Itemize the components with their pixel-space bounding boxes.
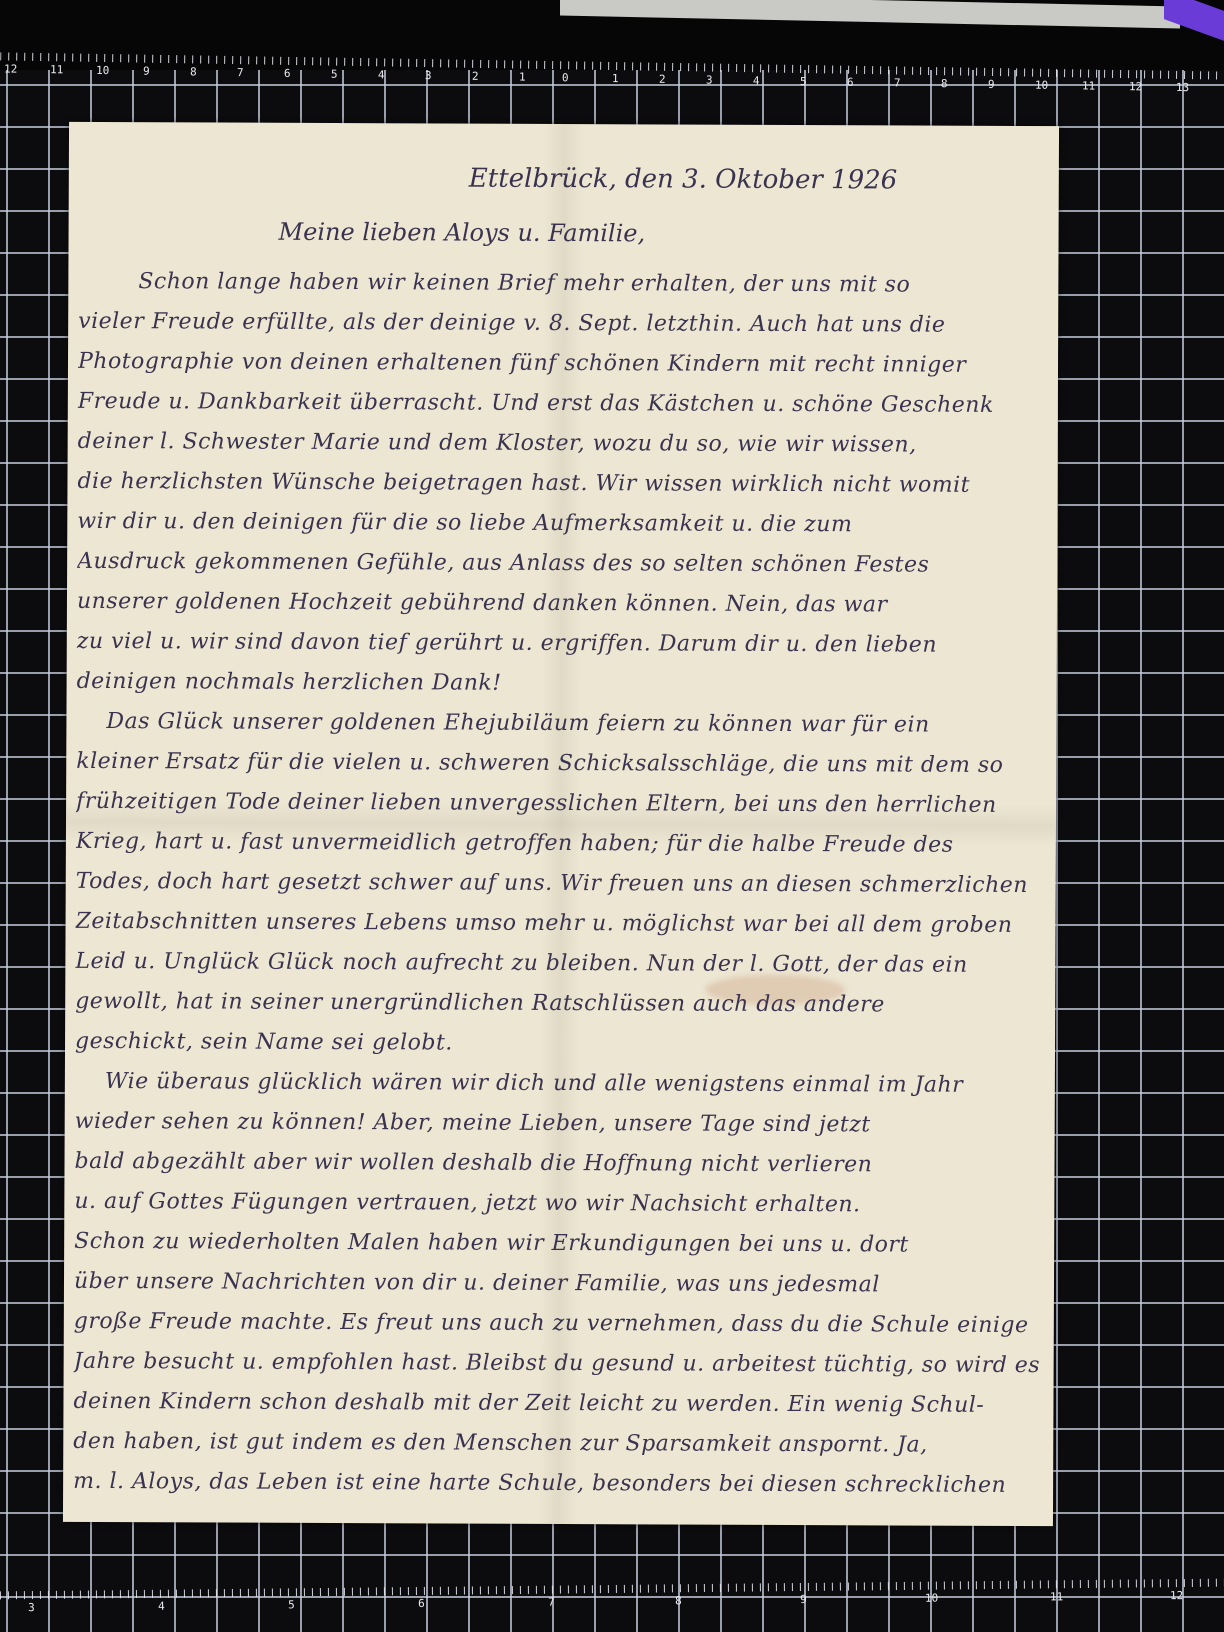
- letter-line: deiner l. Schwester Marie und dem Kloste…: [78, 422, 1048, 466]
- letter-line: Wie überaus glücklich wären wir dich und…: [75, 1062, 1045, 1106]
- ruler-label: 11: [1050, 1590, 1063, 1603]
- ruler-label: 4: [378, 68, 385, 81]
- ruler-label: 5: [288, 1598, 295, 1611]
- letter-line: Freude u. Dankbarkeit überrascht. Und er…: [78, 382, 1048, 426]
- ruler-label: 0: [562, 71, 569, 84]
- letter-line: Krieg, hart u. fast unvermeidlich getrof…: [76, 822, 1046, 866]
- ruler-label: 11: [50, 63, 63, 76]
- ruler-label: 10: [96, 64, 109, 77]
- ruler-label: 7: [548, 1596, 555, 1609]
- letter-body: Schon lange haben wir keinen Brief mehr …: [73, 262, 1048, 1506]
- ruler-label: 10: [1035, 79, 1048, 92]
- letter-line: Jahre besucht u. empfohlen hast. Bleibst…: [74, 1342, 1044, 1386]
- letter-paper: Ettelbrück, den 3. Oktober 1926 Meine li…: [63, 122, 1059, 1526]
- letter-line: Zeitabschnitten unseres Lebens umso mehr…: [75, 902, 1045, 946]
- letter-line: gewollt, hat in seiner unergründlichen R…: [75, 982, 1045, 1026]
- ruler-label: 4: [158, 1600, 165, 1613]
- ruler-label: 12: [4, 62, 17, 75]
- ruler-label: 12: [1170, 1589, 1183, 1602]
- letter-line: Ausdruck gekommenen Gefühle, aus Anlass …: [77, 542, 1047, 586]
- letter-line: geschickt, sein Name sei gelobt.: [75, 1022, 1045, 1066]
- letter-line: vieler Freude erfüllte, als der deinige …: [78, 302, 1048, 346]
- ruler-label: 3: [706, 73, 713, 86]
- letter-line: Schon lange haben wir keinen Brief mehr …: [78, 262, 1048, 306]
- letter-line: deinen Kindern schon deshalb mit der Zei…: [73, 1382, 1043, 1426]
- ruler-label: 8: [941, 77, 948, 90]
- letter-line: kleiner Ersatz für die vielen u. schwere…: [76, 742, 1046, 786]
- ruler-label: 13: [1176, 81, 1189, 94]
- ruler-label: 6: [418, 1597, 425, 1610]
- letter-line: über unsere Nachrichten von dir u. deine…: [74, 1262, 1044, 1306]
- letter-dateline: Ettelbrück, den 3. Oktober 1926: [469, 164, 898, 196]
- ruler-label: 4: [753, 74, 760, 87]
- letter-line: Das Glück unserer goldenen Ehejubiläum f…: [76, 702, 1046, 746]
- ruler-label: 8: [190, 65, 197, 78]
- ruler-label: 10: [925, 1592, 938, 1605]
- purple-object: [1164, 0, 1224, 41]
- letter-line: Leid u. Unglück Glück noch aufrecht zu b…: [75, 942, 1045, 986]
- ruler-label: 11: [1082, 79, 1095, 92]
- letter-line: die herzlichsten Wünsche beigetragen has…: [77, 462, 1047, 506]
- background-paper-edge: [560, 0, 1180, 28]
- ruler-label: 8: [675, 1594, 682, 1607]
- letter-line: zu viel u. wir sind davon tief gerührt u…: [77, 622, 1047, 666]
- letter-salutation: Meine lieben Aloys u. Familie,: [279, 218, 646, 248]
- letter-line: wir dir u. den deinigen für die so liebe…: [77, 502, 1047, 546]
- ruler-label: 2: [659, 73, 666, 86]
- letter-line: den haben, ist gut indem es den Menschen…: [73, 1422, 1043, 1466]
- ruler-label: 3: [28, 1601, 35, 1614]
- letter-line: unserer goldenen Hochzeit gebührend dank…: [77, 582, 1047, 626]
- ruler-label: 7: [237, 66, 244, 79]
- ruler-label: 3: [425, 69, 432, 82]
- letter-line: bald abgezählt aber wir wollen deshalb d…: [74, 1142, 1044, 1186]
- ruler-label: 9: [143, 65, 150, 78]
- ruler-label: 7: [894, 76, 901, 89]
- ruler-label: 6: [847, 76, 854, 89]
- letter-line: frühzeitigen Tode deiner lieben unverges…: [76, 782, 1046, 826]
- letter-line: große Freude machte. Es freut uns auch z…: [74, 1302, 1044, 1346]
- ruler-label: 5: [800, 75, 807, 88]
- ruler-label: 12: [1129, 80, 1142, 93]
- ruler-label: 1: [612, 72, 619, 85]
- ruler-label: 5: [331, 68, 338, 81]
- letter-line: u. auf Gottes Fügungen vertrauen, jetzt …: [74, 1182, 1044, 1226]
- ruler-label: 2: [472, 70, 479, 83]
- ruler-label: 6: [284, 67, 291, 80]
- letter-line: Schon zu wiederholten Malen haben wir Er…: [74, 1222, 1044, 1266]
- ruler-label: 9: [988, 78, 995, 91]
- letter-line: m. l. Aloys, das Leben ist eine harte Sc…: [73, 1462, 1043, 1506]
- letter-line: Photographie von deinen erhaltenen fünf …: [78, 342, 1048, 386]
- ruler-label: 1: [519, 71, 526, 84]
- ruler-label: 9: [800, 1593, 807, 1606]
- letter-line: wieder sehen zu können! Aber, meine Lieb…: [75, 1102, 1045, 1146]
- letter-line: Todes, doch hart gesetzt schwer auf uns.…: [76, 862, 1046, 906]
- letter-line: deinigen nochmals herzlichen Dank!: [77, 662, 1047, 706]
